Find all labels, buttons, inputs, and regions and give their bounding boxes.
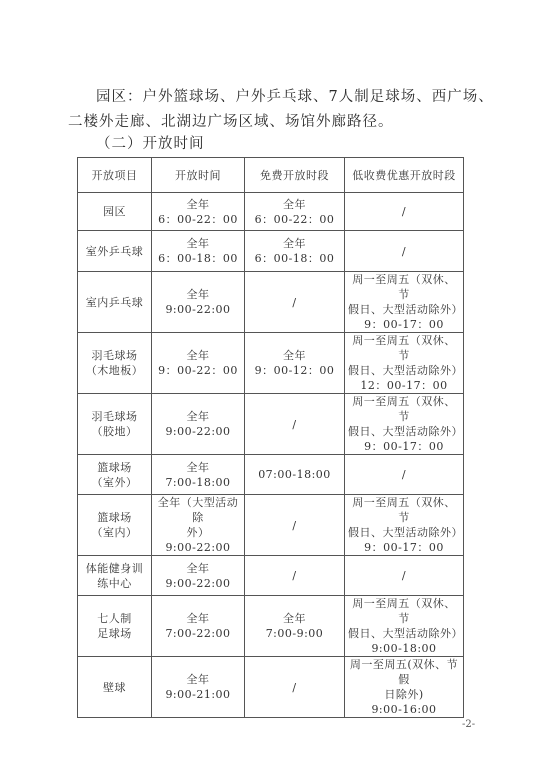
cell-text: 周一至周五(双休、节假 bbox=[348, 657, 460, 687]
cell-item: 羽毛球场（胶地） bbox=[78, 394, 152, 455]
cell-item: 篮球场（室外） bbox=[78, 455, 152, 495]
cell-text: / bbox=[248, 417, 341, 432]
cell-text: 12：00-17：00 bbox=[348, 378, 460, 393]
cell-free-period: 全年6：00-22：00 bbox=[245, 193, 345, 231]
table-header-row: 开放项目 开放时间 免费开放时段 低收费优惠开放时段 bbox=[78, 158, 464, 193]
cell-text: 周一至周五（双休、节 bbox=[348, 272, 460, 302]
cell-open-time: 全年9：00-22：00 bbox=[152, 333, 245, 394]
table-row: 七人制足球场全年7:00-22:00全年7:00-9:00周一至周五（双休、节假… bbox=[78, 596, 464, 657]
table-row: 壁球全年9:00-21:00/周一至周五(双休、节假日除外)9:00-16:00 bbox=[78, 657, 464, 718]
table-row: 室外乒乓球全年6：00-18：00全年6：00-18：00/ bbox=[78, 231, 464, 272]
table-row: 羽毛球场（木地板）全年9：00-22：00全年9：00-12：00周一至周五（双… bbox=[78, 333, 464, 394]
table-row: 篮球场（室外）全年7:00-18:0007:00-18:00/ bbox=[78, 455, 464, 495]
table-body: 园区全年6：00-22：00全年6：00-22：00/室外乒乓球全年6：00-1… bbox=[78, 193, 464, 718]
cell-discount-period: / bbox=[345, 455, 464, 495]
cell-text: 假日、大型活动除外） bbox=[348, 302, 460, 317]
cell-open-time: 全年（大型活动除外）9:00-22:00 bbox=[152, 495, 245, 556]
cell-open-time: 全年9:00-22:00 bbox=[152, 394, 245, 455]
cell-free-period: 全年6：00-18：00 bbox=[245, 231, 345, 272]
table-row: 篮球场（室内）全年（大型活动除外）9:00-22:00/周一至周五（双休、节假日… bbox=[78, 495, 464, 556]
table-row: 体能健身训练中心全年9:00-22:00// bbox=[78, 556, 464, 596]
cell-text: 体能健身训 bbox=[81, 561, 148, 576]
cell-text: / bbox=[348, 244, 460, 259]
cell-text: （室外） bbox=[81, 475, 148, 490]
cell-text: 七人制 bbox=[81, 611, 148, 626]
cell-open-time: 全年9:00-21:00 bbox=[152, 657, 245, 718]
cell-text: / bbox=[348, 568, 460, 583]
cell-text: / bbox=[348, 204, 460, 219]
table-row: 室内乒乓球全年9:00-22:00/周一至周五（双休、节假日、大型活动除外）9：… bbox=[78, 272, 464, 333]
cell-open-time: 全年7:00-22:00 bbox=[152, 596, 245, 657]
cell-free-period: / bbox=[245, 394, 345, 455]
cell-text: 全年 bbox=[155, 409, 241, 424]
cell-item: 室外乒乓球 bbox=[78, 231, 152, 272]
cell-text: 6：00-18：00 bbox=[155, 251, 241, 266]
cell-text: 9：00-17：00 bbox=[348, 317, 460, 332]
cell-text: 假日、大型活动除外） bbox=[348, 525, 460, 540]
cell-text: 室外乒乓球 bbox=[81, 244, 148, 259]
cell-text: 全年 bbox=[155, 611, 241, 626]
cell-text: 练中心 bbox=[81, 576, 148, 591]
cell-text: 全年 bbox=[248, 611, 341, 626]
cell-text: （木地板） bbox=[81, 363, 148, 378]
cell-free-period: 全年7:00-9:00 bbox=[245, 596, 345, 657]
cell-free-period: / bbox=[245, 657, 345, 718]
cell-text: 6：00-18：00 bbox=[248, 251, 341, 266]
cell-text: 周一至周五（双休、节 bbox=[348, 596, 460, 626]
cell-text: 全年 bbox=[155, 287, 241, 302]
cell-text: 篮球场 bbox=[81, 460, 148, 475]
cell-text: 全年 bbox=[155, 672, 241, 687]
cell-text: （室内） bbox=[81, 525, 148, 540]
cell-text: 羽毛球场 bbox=[81, 409, 148, 424]
cell-text: 9:00-18:00 bbox=[348, 641, 460, 656]
cell-discount-period: 周一至周五（双休、节假日、大型活动除外）12：00-17：00 bbox=[345, 333, 464, 394]
cell-text: / bbox=[248, 568, 341, 583]
cell-text: 全年 bbox=[248, 348, 341, 363]
cell-text: 6：00-22：00 bbox=[155, 212, 241, 227]
cell-discount-period: / bbox=[345, 193, 464, 231]
cell-text: / bbox=[348, 467, 460, 482]
cell-text: （胶地） bbox=[81, 424, 148, 439]
page-number: -2- bbox=[462, 719, 475, 730]
cell-text: 7:00-9:00 bbox=[248, 626, 341, 641]
cell-text: 9:00-22:00 bbox=[155, 576, 241, 591]
cell-text: 周一至周五（双休、节 bbox=[348, 394, 460, 424]
cell-text: 全年 bbox=[155, 348, 241, 363]
cell-text: 9：00-17：00 bbox=[348, 540, 460, 555]
cell-text: 假日、大型活动除外） bbox=[348, 626, 460, 641]
cell-text: 07:00-18:00 bbox=[248, 467, 341, 482]
cell-text: 全年 bbox=[248, 236, 341, 251]
cell-free-period: / bbox=[245, 272, 345, 333]
cell-text: 壁球 bbox=[81, 680, 148, 695]
cell-text: 室内乒乓球 bbox=[81, 295, 148, 310]
header-open-time: 开放时间 bbox=[152, 158, 245, 193]
cell-text: 日除外) bbox=[348, 687, 460, 702]
cell-discount-period: / bbox=[345, 231, 464, 272]
cell-free-period: 07:00-18:00 bbox=[245, 455, 345, 495]
table-row: 羽毛球场（胶地）全年9:00-22:00/周一至周五（双休、节假日、大型活动除外… bbox=[78, 394, 464, 455]
cell-text: 园区 bbox=[81, 204, 148, 219]
cell-item: 体能健身训练中心 bbox=[78, 556, 152, 596]
cell-text: 全年 bbox=[248, 197, 341, 212]
cell-text: 9:00-21:00 bbox=[155, 687, 241, 702]
cell-text: 周一至周五（双休、节 bbox=[348, 333, 460, 363]
cell-discount-period: 周一至周五（双休、节假日、大型活动除外）9：00-17：00 bbox=[345, 495, 464, 556]
cell-open-time: 全年7:00-18:00 bbox=[152, 455, 245, 495]
cell-free-period: 全年9：00-12：00 bbox=[245, 333, 345, 394]
cell-text: 假日、大型活动除外） bbox=[348, 424, 460, 439]
header-free-period: 免费开放时段 bbox=[245, 158, 345, 193]
cell-item: 室内乒乓球 bbox=[78, 272, 152, 333]
cell-text: / bbox=[248, 680, 341, 695]
cell-text: 9:00-22:00 bbox=[155, 540, 241, 555]
cell-free-period: / bbox=[245, 495, 345, 556]
cell-text: 9：00-12：00 bbox=[248, 363, 341, 378]
cell-open-time: 全年6：00-18：00 bbox=[152, 231, 245, 272]
paragraph-line-1: 园区：户外篮球场、户外乒乓球、7人制足球场、西广场、 bbox=[68, 85, 488, 110]
cell-text: 7:00-22:00 bbox=[155, 626, 241, 641]
cell-text: 篮球场 bbox=[81, 510, 148, 525]
cell-item: 篮球场（室内） bbox=[78, 495, 152, 556]
cell-open-time: 全年9:00-22:00 bbox=[152, 556, 245, 596]
cell-text: 全年 bbox=[155, 236, 241, 251]
cell-text: 全年（大型活动除 bbox=[155, 495, 241, 525]
cell-text: 周一至周五（双休、节 bbox=[348, 495, 460, 525]
cell-text: 6：00-22：00 bbox=[248, 212, 341, 227]
cell-open-time: 全年6：00-22：00 bbox=[152, 193, 245, 231]
cell-discount-period: 周一至周五（双休、节假日、大型活动除外）9：00-17：00 bbox=[345, 394, 464, 455]
intro-paragraph: 园区：户外篮球场、户外乒乓球、7人制足球场、西广场、 二楼外走廊、北湖边广场区域… bbox=[68, 85, 488, 135]
cell-discount-period: 周一至周五(双休、节假日除外)9:00-16:00 bbox=[345, 657, 464, 718]
cell-item: 羽毛球场（木地板） bbox=[78, 333, 152, 394]
cell-text: 假日、大型活动除外） bbox=[348, 363, 460, 378]
cell-item: 壁球 bbox=[78, 657, 152, 718]
cell-text: 羽毛球场 bbox=[81, 348, 148, 363]
cell-item: 七人制足球场 bbox=[78, 596, 152, 657]
cell-item: 园区 bbox=[78, 193, 152, 231]
cell-text: 9:00-16:00 bbox=[348, 702, 460, 717]
cell-text: 9：00-22：00 bbox=[155, 363, 241, 378]
cell-free-period: / bbox=[245, 556, 345, 596]
cell-text: 全年 bbox=[155, 460, 241, 475]
cell-text: 9:00-22:00 bbox=[155, 302, 241, 317]
cell-text: 全年 bbox=[155, 197, 241, 212]
cell-text: 足球场 bbox=[81, 626, 148, 641]
cell-text: 外） bbox=[155, 525, 241, 540]
section-heading: （二）开放时间 bbox=[96, 132, 205, 153]
header-item: 开放项目 bbox=[78, 158, 152, 193]
table-row: 园区全年6：00-22：00全年6：00-22：00/ bbox=[78, 193, 464, 231]
cell-text: / bbox=[248, 518, 341, 533]
cell-discount-period: 周一至周五（双休、节假日、大型活动除外）9：00-17：00 bbox=[345, 272, 464, 333]
cell-text: 9：00-17：00 bbox=[348, 439, 460, 454]
cell-text: 7:00-18:00 bbox=[155, 475, 241, 490]
header-discount-period: 低收费优惠开放时段 bbox=[345, 158, 464, 193]
schedule-table: 开放项目 开放时间 免费开放时段 低收费优惠开放时段 园区全年6：00-22：0… bbox=[77, 157, 464, 718]
cell-text: / bbox=[248, 295, 341, 310]
cell-discount-period: 周一至周五（双休、节假日、大型活动除外）9:00-18:00 bbox=[345, 596, 464, 657]
cell-open-time: 全年9:00-22:00 bbox=[152, 272, 245, 333]
cell-text: 全年 bbox=[155, 561, 241, 576]
cell-text: 9:00-22:00 bbox=[155, 424, 241, 439]
cell-discount-period: / bbox=[345, 556, 464, 596]
